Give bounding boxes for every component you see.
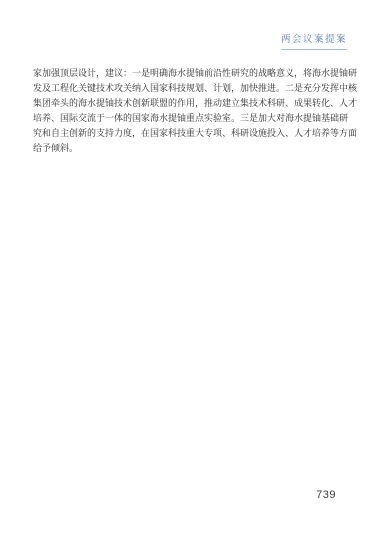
- body-text-line: 家加强顶层设计，建议：一是明确海水提铀前沿性研究的战略意义，将海水提铀研: [33, 66, 347, 81]
- body-text-line: 集团牵头的海水提铀技术创新联盟的作用，推动建立集技术科研、成果转化、人才: [33, 96, 347, 111]
- body-text-line: 发及工程化关键技术攻关纳入国家科技规划、计划，加快推进。二是充分发挥中核: [33, 81, 347, 96]
- body-paragraph: 家加强顶层设计，建议：一是明确海水提铀前沿性研究的战略意义，将海水提铀研 发及工…: [33, 66, 347, 156]
- body-text-line: 给予倾斜。: [33, 141, 347, 156]
- body-text-line: 培养、国际交流于一体的国家海水提铀重点实验室。三是加大对海水提铀基础研: [33, 111, 347, 126]
- running-head: 两会议案提案: [281, 35, 347, 50]
- book-page: 两会议案提案 家加强顶层设计，建议：一是明确海水提铀前沿性研究的战略意义，将海水…: [0, 0, 380, 540]
- page-number: 739: [316, 490, 336, 501]
- body-text-line: 究和自主创新的支持力度，在国家科技重大专项、科研设施投入、人才培养等方面: [33, 126, 347, 141]
